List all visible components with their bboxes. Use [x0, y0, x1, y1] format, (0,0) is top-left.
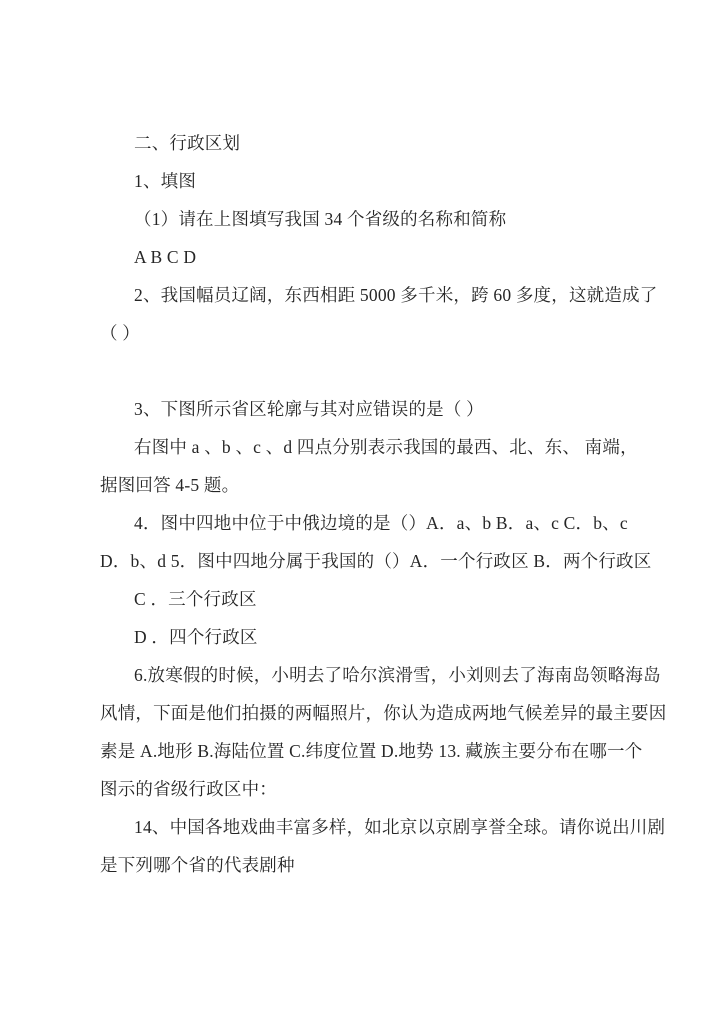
text-line: 4．图中四地中位于中俄边境的是（）A．a、b B．a、c C．b、c — [100, 504, 628, 542]
text-line: 据图回答 4-5 题。 — [100, 466, 628, 504]
text-line: 3、下图所示省区轮廓与其对应错误的是（ ） — [100, 390, 628, 428]
text-line: 是下列哪个省的代表剧种 — [100, 846, 628, 884]
text-line: A B C D — [100, 238, 628, 276]
text-line: 风情，下面是他们拍摄的两幅照片，你认为造成两地气候差异的最主要因 — [100, 694, 628, 732]
text-line: D ．四个行政区 — [100, 618, 628, 656]
text-line: 二、行政区划 — [100, 124, 628, 162]
document-body: 二、行政区划1、填图（1）请在上图填写我国 34 个省级的名称和简称A B C … — [100, 124, 628, 884]
text-line: 右图中 a 、b 、c 、d 四点分别表示我国的最西、北、东、 南端， — [100, 428, 628, 466]
text-line: 图示的省级行政区中： — [100, 770, 628, 808]
blank-line — [100, 352, 628, 390]
text-line: 1、填图 — [100, 162, 628, 200]
text-line: 14、中国各地戏曲丰富多样，如北京以京剧享誉全球。请你说出川剧 — [100, 808, 628, 846]
text-line: C ．三个行政区 — [100, 580, 628, 618]
text-line: 2、我国幅员辽阔，东西相距 5000 多千米，跨 60 多度，这就造成了 — [100, 276, 628, 314]
document-page: 二、行政区划1、填图（1）请在上图填写我国 34 个省级的名称和简称A B C … — [0, 0, 720, 1018]
text-line: （ ） — [100, 314, 628, 352]
text-line: 素是 A.地形 B.海陆位置 C.纬度位置 D.地势 13. 藏族主要分布在哪一… — [100, 732, 628, 770]
text-line: （1）请在上图填写我国 34 个省级的名称和简称 — [100, 200, 628, 238]
text-line: D．b、d 5．图中四地分属于我国的（）A．一个行政区 B．两个行政区 — [100, 542, 628, 580]
text-line: 6.放寒假的时候，小明去了哈尔滨滑雪，小刘则去了海南岛领略海岛 — [100, 656, 628, 694]
